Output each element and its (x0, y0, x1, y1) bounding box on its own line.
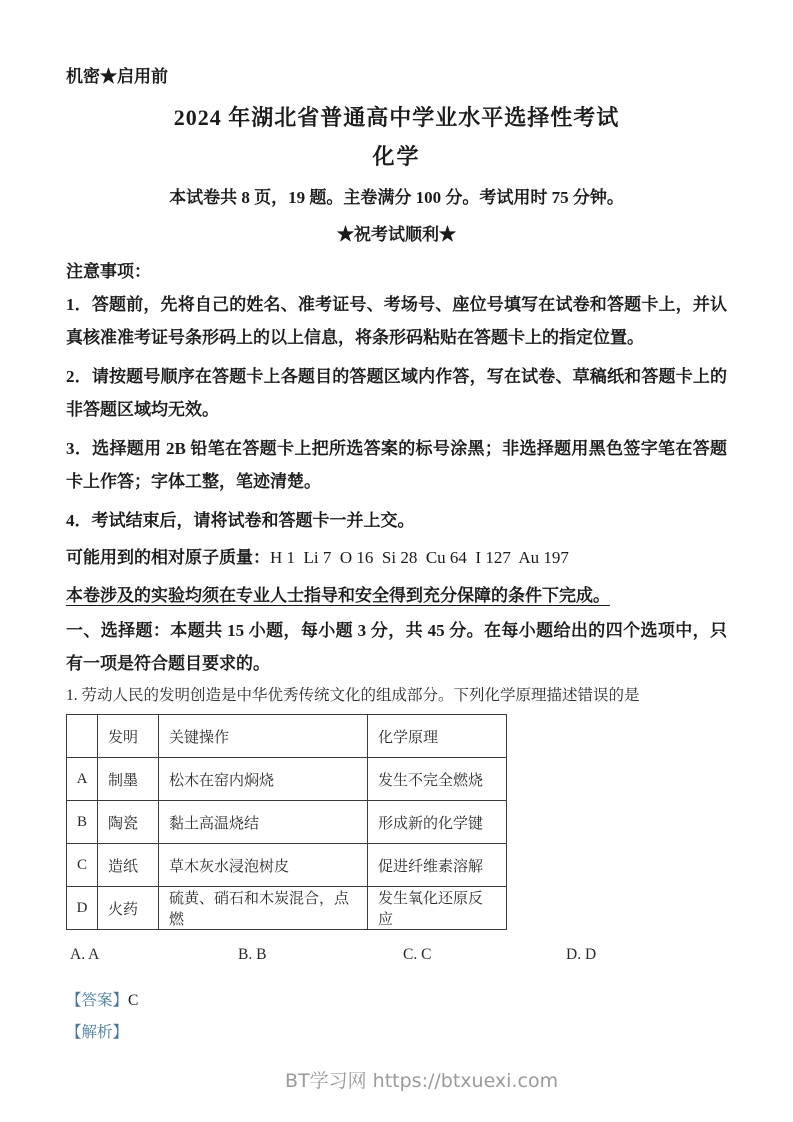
table-row-a: A 制墨 松木在窑内焖烧 发生不完全燃烧 (67, 758, 507, 801)
table-cell: B (67, 801, 98, 844)
table-cell: 黏土高温烧结 (159, 801, 368, 844)
notices-heading: 注意事项： (66, 257, 727, 282)
table-cell: 形成新的化学键 (368, 801, 507, 844)
analysis-label: 【解析】 (66, 1024, 128, 1041)
option-a: A. A (70, 946, 99, 964)
table-header-principle: 化学原理 (368, 715, 507, 758)
atomic-mass-values: H 1 Li 7 O 16 Si 28 Cu 64 I 127 Au 197 (270, 548, 569, 567)
table-header-blank (67, 715, 98, 758)
table-cell: 松木在窑内焖烧 (159, 758, 368, 801)
table-header-invention: 发明 (98, 715, 159, 758)
table-header-row: 发明 关键操作 化学原理 (67, 715, 507, 758)
notice-item-1: 1．答题前，先将自己的姓名、准考证号、考场号、座位号填写在试卷和答题卡上，并认真… (66, 288, 727, 354)
atomic-mass-label: 可能用到的相对原子质量： (66, 548, 270, 567)
table-cell: 发生不完全燃烧 (368, 758, 507, 801)
table-cell: A (67, 758, 98, 801)
answer-label: 【答案】 (66, 992, 128, 1009)
analysis-line: 【解析】 (66, 1020, 727, 1042)
exam-title: 2024 年湖北省普通高中学业水平选择性考试 (66, 101, 727, 132)
option-d: D. D (566, 946, 596, 964)
watermark: BT学习网 https://btxuexi.com (285, 1066, 558, 1093)
table-cell: D (67, 887, 98, 930)
question-stem: 1. 劳动人民的发明创造是中华优秀传统文化的组成部分。下列化学原理描述错误的是 (66, 684, 727, 708)
notice-item-3: 3．选择题用 2B 铅笔在答题卡上把所选答案的标号涂黑；非选择题用黑色签字笔在答… (66, 432, 727, 498)
table-header-operation: 关键操作 (159, 715, 368, 758)
safety-notice: 本卷涉及的实验均须在专业人士指导和安全得到充分保障的条件下完成。 (66, 581, 727, 606)
table-cell: 草木灰水浸泡树皮 (159, 844, 368, 887)
question-table: 发明 关键操作 化学原理 A 制墨 松木在窑内焖烧 发生不完全燃烧 B 陶瓷 黏… (66, 714, 507, 930)
answer-line: 【答案】C (66, 988, 727, 1010)
table-row-c: C 造纸 草木灰水浸泡树皮 促进纤维素溶解 (67, 844, 507, 887)
section-heading: 一、选择题：本题共 15 小题，每小题 3 分，共 45 分。在每小题给出的四个… (66, 614, 727, 680)
notice-item-2: 2．请按题号顺序在答题卡上各题目的答题区域内作答，写在试卷、草稿纸和答题卡上的非… (66, 360, 727, 426)
table-row-d: D 火药 硫黄、硝石和木炭混合，点燃 发生氧化还原反应 (67, 887, 507, 930)
answer-value: C (128, 992, 138, 1009)
table-cell: 陶瓷 (98, 801, 159, 844)
options-row: A. A B. B C. C D. D (66, 946, 727, 970)
blessing-line: ★祝考试顺利★ (66, 220, 727, 245)
subject-title: 化学 (66, 140, 727, 171)
atomic-mass-line: 可能用到的相对原子质量：H 1 Li 7 O 16 Si 28 Cu 64 I … (66, 545, 727, 571)
table-cell: 硫黄、硝石和木炭混合，点燃 (159, 887, 368, 930)
table-cell: 造纸 (98, 844, 159, 887)
table-cell: 发生氧化还原反应 (368, 887, 507, 930)
option-c: C. C (403, 946, 431, 964)
exam-page: 机密★启用前 2024 年湖北省普通高中学业水平选择性考试 化学 本试卷共 8 … (0, 0, 793, 1042)
table-row-b: B 陶瓷 黏土高温烧结 形成新的化学键 (67, 801, 507, 844)
paper-info: 本试卷共 8 页，19 题。主卷满分 100 分。考试用时 75 分钟。 (66, 183, 727, 208)
option-b: B. B (238, 946, 266, 964)
notice-item-4: 4．考试结束后，请将试卷和答题卡一并上交。 (66, 504, 727, 537)
table-cell: 促进纤维素溶解 (368, 844, 507, 887)
table-cell: 火药 (98, 887, 159, 930)
classification-notice: 机密★启用前 (66, 62, 727, 87)
table-cell: 制墨 (98, 758, 159, 801)
table-cell: C (67, 844, 98, 887)
